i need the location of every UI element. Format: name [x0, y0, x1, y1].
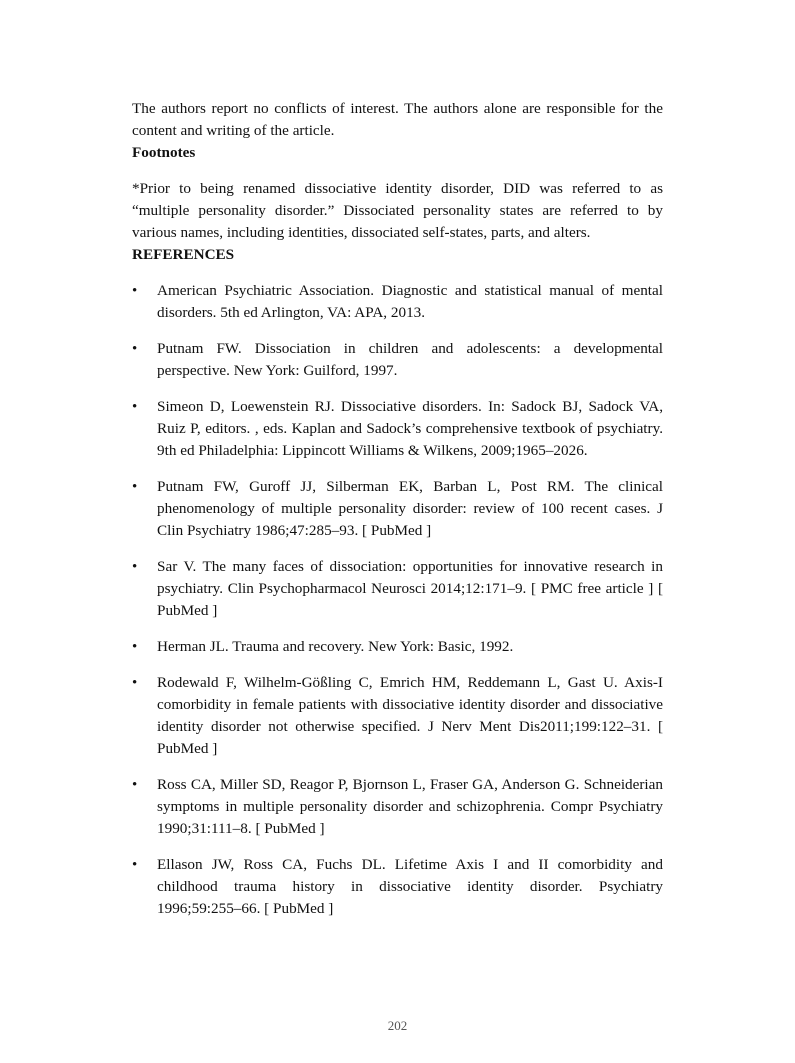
- bullet-icon: •: [132, 280, 142, 302]
- footnotes-heading: Footnotes: [132, 142, 663, 164]
- reference-item: •Simeon D, Loewenstein RJ. Dissociative …: [132, 396, 663, 462]
- reference-item: •American Psychiatric Association. Diagn…: [132, 280, 663, 324]
- reference-item: •Ross CA, Miller SD, Reagor P, Bjornson …: [132, 774, 663, 840]
- reference-item: •Herman JL. Trauma and recovery. New Yor…: [132, 636, 663, 658]
- bullet-icon: •: [132, 774, 142, 796]
- references-heading: REFERENCES: [132, 244, 663, 266]
- pmc-free-article-link[interactable]: [ PMC free article ]: [531, 580, 653, 597]
- pubmed-link[interactable]: [ PubMed ]: [362, 522, 431, 539]
- bullet-icon: •: [132, 854, 142, 876]
- reference-item: •Putnam FW, Guroff JJ, Silberman EK, Bar…: [132, 476, 663, 542]
- reference-item: •Rodewald F, Wilhelm-Gößling C, Emrich H…: [132, 672, 663, 760]
- conflict-statement: The authors report no conflicts of inter…: [132, 98, 663, 142]
- pubmed-link[interactable]: [ PubMed ]: [264, 900, 333, 917]
- reference-text: Ellason JW, Ross CA, Fuchs DL. Lifetime …: [157, 856, 663, 917]
- reference-item: •Ellason JW, Ross CA, Fuchs DL. Lifetime…: [132, 854, 663, 920]
- page-number: 202: [0, 1018, 795, 1034]
- references-list: •American Psychiatric Association. Diagn…: [132, 280, 663, 920]
- bullet-icon: •: [132, 636, 142, 658]
- reference-text: Rodewald F, Wilhelm-Gößling C, Emrich HM…: [157, 674, 663, 735]
- bullet-icon: •: [132, 672, 142, 694]
- reference-text: Putnam FW. Dissociation in children and …: [157, 340, 663, 379]
- reference-text: Herman JL. Trauma and recovery. New York…: [157, 638, 513, 655]
- pubmed-link[interactable]: [ PubMed ]: [255, 820, 324, 837]
- bullet-icon: •: [132, 556, 142, 578]
- reference-text: American Psychiatric Association. Diagno…: [157, 282, 663, 321]
- bullet-icon: •: [132, 396, 142, 418]
- reference-text: Ross CA, Miller SD, Reagor P, Bjornson L…: [157, 776, 663, 837]
- bullet-icon: •: [132, 338, 142, 360]
- footnote-text: *Prior to being renamed dissociative ide…: [132, 178, 663, 244]
- reference-item: •Sar V. The many faces of dissociation: …: [132, 556, 663, 622]
- document-page: The authors report no conflicts of inter…: [132, 98, 663, 934]
- bullet-icon: •: [132, 476, 142, 498]
- reference-item: •Putnam FW. Dissociation in children and…: [132, 338, 663, 382]
- reference-text: Simeon D, Loewenstein RJ. Dissociative d…: [157, 398, 663, 459]
